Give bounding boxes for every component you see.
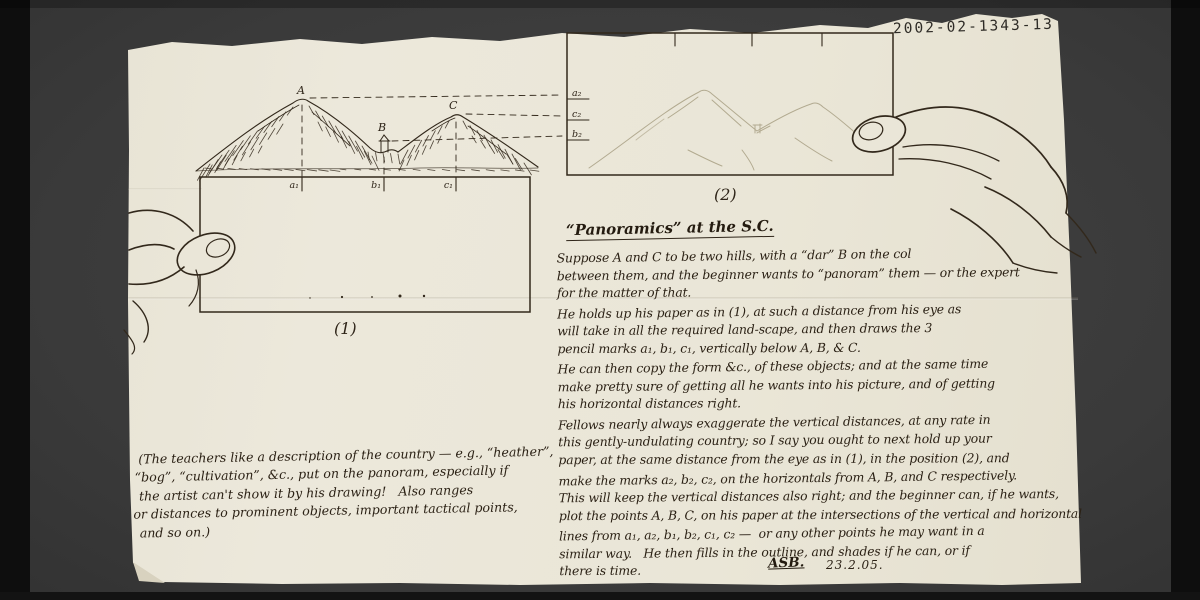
scan-edge-left <box>0 0 30 600</box>
fold-crease-short <box>128 188 202 190</box>
manuscript-body: Suppose A and C to be two hills, with a … <box>557 244 1090 582</box>
scan-edge-right <box>1171 0 1200 600</box>
manuscript-line: there is time. <box>559 560 1089 581</box>
note-title: “Panoramics” at the S.C. <box>566 217 774 239</box>
teachers-note: (The teachers like a description of the … <box>138 443 510 542</box>
photo-backdrop: 2002-02-1343-13 <box>0 0 1200 600</box>
signature: ASB. <box>768 554 805 571</box>
signature-date: 23.2.05. <box>826 558 884 572</box>
scan-edge-top <box>0 0 1200 8</box>
scan-edge-bottom <box>0 592 1200 600</box>
